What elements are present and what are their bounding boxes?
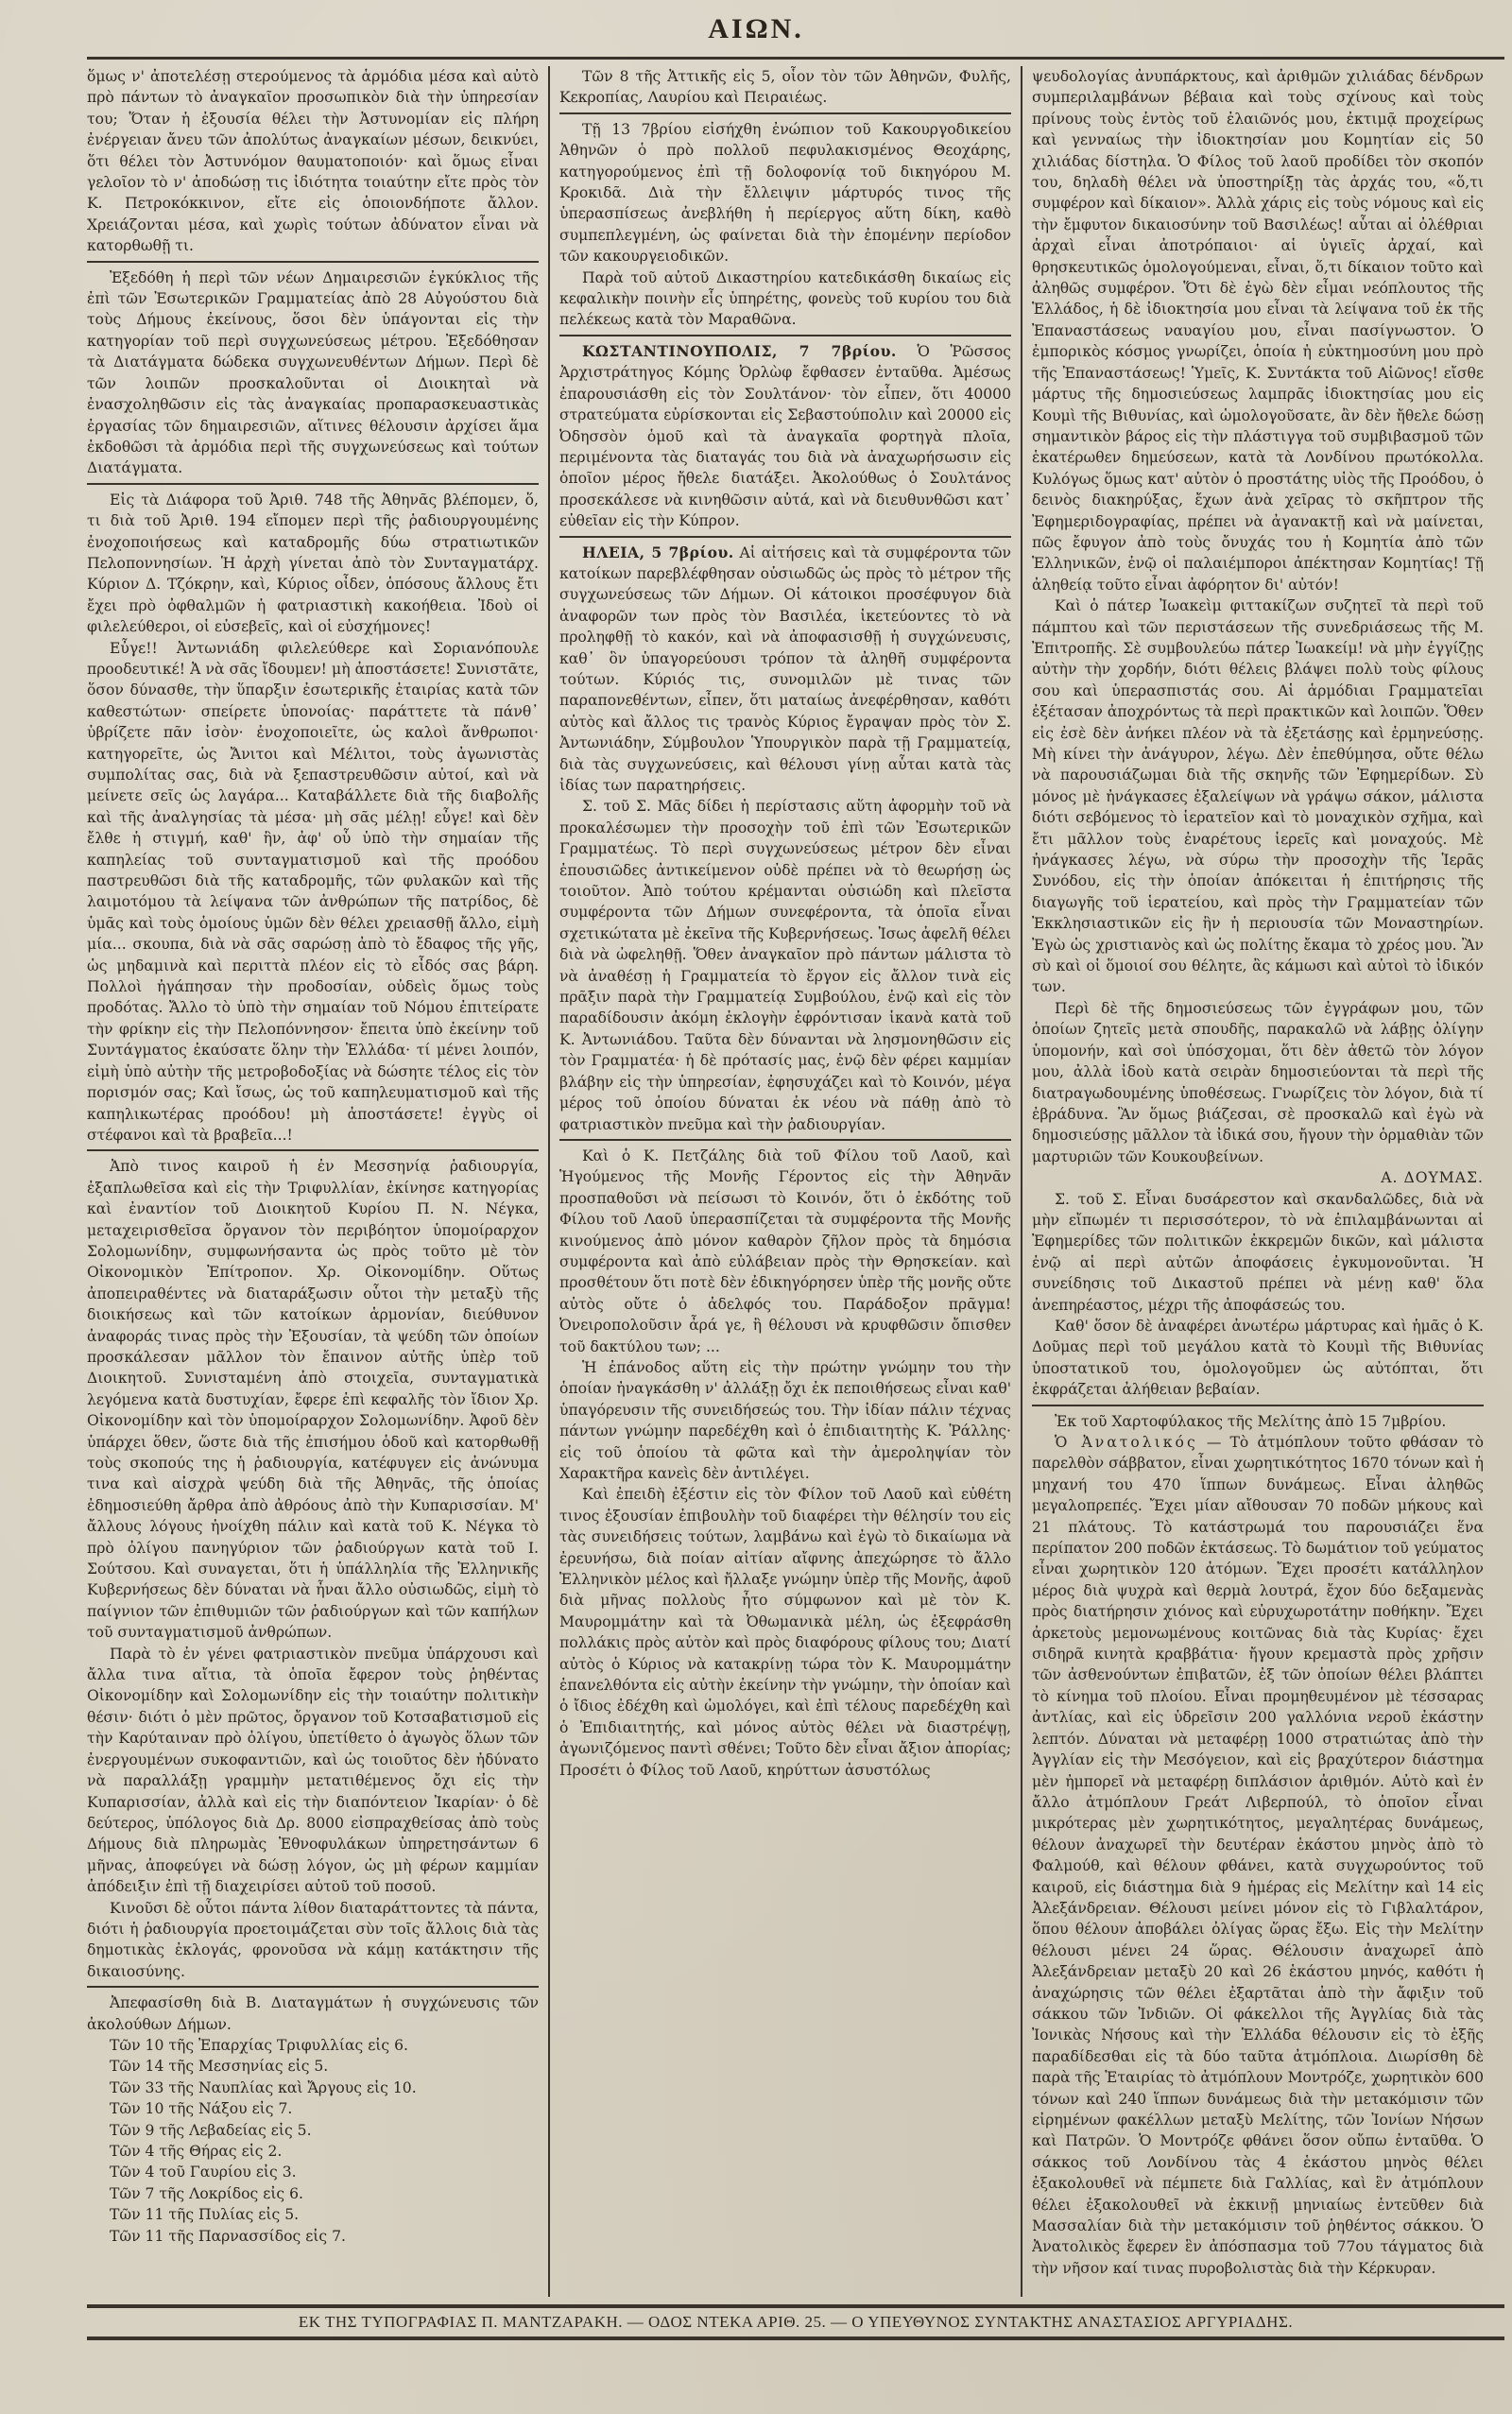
paragraph: Κινοῦσι δὲ οὗτοι πάντα λίθον διαταράττον…	[87, 1898, 539, 1983]
paragraph: Περὶ δὲ τῆς δημοσιεύσεως τῶν ἐγγράφων μο…	[1032, 998, 1484, 1167]
columns: ὅμως ν' ἀποτελέσῃ στερούμενος τὰ ἁρμόδια…	[87, 66, 1504, 2287]
paragraph: Εἰς τὰ Διάφορα τοῦ Ἀριθ. 748 τῆς Ἀθηνᾶς …	[87, 490, 539, 638]
column-3: ψευδολογίας ἀνυπάρκτους, καὶ ἀριθμῶν χιλ…	[1032, 66, 1484, 2287]
imprint-text: ΕΚ ΤΗΣ ΤΥΠΟΓΡΑΦΙΑΣ Π. ΜΑΝΤΖΑΡΑΚΗ. — ΟΔΟΣ…	[87, 2313, 1504, 2332]
article-editor-note: Σ. τοῦ Σ. Εἶναι δυσάρεστον καὶ σκανδαλῶδ…	[1032, 1189, 1484, 1401]
masthead: ΑΙΩΝ.	[0, 0, 1512, 59]
article-divider	[1032, 1405, 1484, 1406]
paragraph: Εὖγε!! Ἀντωνιάδη φιλελεύθερε καὶ Σοριανό…	[87, 638, 539, 1147]
paragraph: Σ. τοῦ Σ. Μᾶς δίδει ἡ περίστασις αὕτη ἀφ…	[559, 796, 1011, 1135]
merger-list-item: Τῶν 11 τῆς Πυλίας εἰς 5.	[87, 2204, 539, 2225]
lead-title: Ὁ Ἀνατολικός	[1055, 1434, 1198, 1451]
merger-list-item: Τῶν 10 τῆς Ἐπαρχίας Τριφυλλίας εἰς 6.	[87, 2035, 539, 2056]
article-constantinople: ΚΩΣΤΑΝΤΙΝΟΥΠΟΛΙΣ, 7 7βρίου. Ὁ Ῥῶσσος Ἀρχ…	[559, 341, 1011, 532]
article-divider	[87, 261, 539, 263]
paragraph: Καὶ ὁ Κ. Πετζάλης διὰ τοῦ Φίλου τοῦ Λαοῦ…	[559, 1146, 1011, 1357]
paragraph: Ἐκ τοῦ Χαρτοφύλακος τῆς Μελίτης ἀπὸ 15 7…	[1032, 1411, 1484, 1432]
paragraph: Ἡ ἐπάνοδος αὕτη εἰς τὴν πρώτην γνώμην το…	[559, 1357, 1011, 1484]
article-criminal-court: Τῇ 13 7βρίου εἰσήχθη ἐνώπιον τοῦ Κακουργ…	[559, 119, 1011, 331]
column-divider	[548, 66, 550, 2297]
article-petzalis-monastery: Καὶ ὁ Κ. Πετζάλης διὰ τοῦ Φίλου τοῦ Λαοῦ…	[559, 1146, 1011, 1781]
newspaper-title: ΑΙΩΝ.	[0, 13, 1512, 45]
article-attica-mergers: Τῶν 8 τῆς Ἀττικῆς εἰς 5, οἷον τὸν τῶν Ἀθ…	[559, 66, 1011, 109]
paragraph: Σ. τοῦ Σ. Εἶναι δυσάρεστον καὶ σκανδαλῶδ…	[1032, 1189, 1484, 1316]
paragraph: Ἐξεδόθη ἡ περὶ τῶν νέων Δημαιρεσιῶν ἐγκύ…	[87, 267, 539, 479]
paragraph: ΗΛΕΙΑ, 5 7βρίου. Αἱ αἰτήσεις καὶ τὰ συμφ…	[559, 543, 1011, 797]
article-doumas-letter: ψευδολογίας ἀνυπάρκτους, καὶ ἀριθμῶν χιλ…	[1032, 66, 1484, 1189]
article-divider	[87, 1149, 539, 1151]
paragraph: Ὁ Ἀνατολικός — Τὸ ἀτμόπλουν τοῦτο φθάσαν…	[1032, 1432, 1484, 2279]
article-municipal-elections: Ἐξεδόθη ἡ περὶ τῶν νέων Δημαιρεσιῶν ἐγκύ…	[87, 267, 539, 479]
masthead-rule	[87, 57, 1504, 60]
column-1: ὅμως ν' ἀποτελέσῃ στερούμενος τὰ ἁρμόδια…	[87, 66, 539, 2287]
paragraph-body: Αἱ αἰτήσεις καὶ τὰ συμφέροντα τῶν κατοίκ…	[559, 544, 1011, 794]
imprint-footer: ΕΚ ΤΗΣ ΤΥΠΟΓΡΑΦΙΑΣ Π. ΜΑΝΤΖΑΡΑΚΗ. — ΟΔΟΣ…	[87, 2304, 1504, 2342]
merger-list-item: Τῶν 33 τῆς Ναυπλίας καὶ Ἄργους εἰς 10.	[87, 2078, 539, 2098]
article-municipality-mergers: Ἀπεφασίσθη διὰ Β. Διαταγμάτων ἡ συγχώνευ…	[87, 1992, 539, 2247]
dateline: ΚΩΣΤΑΝΤΙΝΟΥΠΟΛΙΣ, 7 7βρίου.	[582, 342, 897, 360]
paragraph: Καὶ ἐπειδὴ ἐξέστιν εἰς τὸν Φίλον τοῦ Λαο…	[559, 1484, 1011, 1781]
paragraph-body: Ὁ Ῥῶσσος Ἀρχιστράτηγος Κόμης Ὀρλὼφ ἔφθασ…	[559, 343, 1011, 529]
merger-list-item: Τῶν 4 τοῦ Γαυρίου εἰς 3.	[87, 2162, 539, 2182]
paragraph: Τῇ 13 7βρίου εἰσήχθη ἐνώπιον τοῦ Κακουργ…	[559, 119, 1011, 267]
column-divider	[1021, 66, 1022, 2297]
paragraph: Παρὰ τὸ ἐν γένει φατριαστικὸν πνεῦμα ὑπά…	[87, 1644, 539, 1898]
article-divider	[87, 483, 539, 485]
column-2: Τῶν 8 τῆς Ἀττικῆς εἰς 5, οἷον τὸν τῶν Ἀθ…	[559, 66, 1011, 2287]
merger-list-item: Τῶν 10 τῆς Νάξου εἰς 7.	[87, 2098, 539, 2119]
paragraph: Τῶν 8 τῆς Ἀττικῆς εἰς 5, οἷον τὸν τῶν Ἀθ…	[559, 66, 1011, 109]
newspaper-page: ΑΙΩΝ. ὅμως ν' ἀποτελέσῃ στερούμενος τὰ ἁ…	[0, 0, 1512, 2414]
paragraph-body: — Τὸ ἀτμόπλουν τοῦτο φθάσαν τὸ παρελθὸν …	[1032, 1434, 1484, 2277]
author-signature: Α. ΔΟΥΜΑΣ.	[1032, 1167, 1484, 1188]
article-divider	[87, 1986, 539, 1988]
article-divider	[559, 1139, 1011, 1141]
article-messinia-intrigue: Ἀπὸ τινος καιροῦ ἡ ἐν Μεσσηνίᾳ ῥαδιουργί…	[87, 1156, 539, 1982]
merger-list-item: Τῶν 7 τῆς Λοκρίδος εἰς 6.	[87, 2183, 539, 2204]
merger-list-item: Τῶν 14 τῆς Μεσσηνίας εἰς 5.	[87, 2056, 539, 2077]
paragraph: ὅμως ν' ἀποτελέσῃ στερούμενος τὰ ἁρμόδια…	[87, 66, 539, 257]
footer-rule	[87, 2336, 1504, 2340]
article-divider	[559, 335, 1011, 336]
paragraph: Ἀπὸ τινος καιροῦ ἡ ἐν Μεσσηνίᾳ ῥαδιουργί…	[87, 1156, 539, 1643]
paragraph: Παρὰ τοῦ αὐτοῦ Δικαστηρίου κατεδικάσθη δ…	[559, 267, 1011, 331]
article-athena-diafora: Εἰς τὰ Διάφορα τοῦ Ἀριθ. 748 τῆς Ἀθηνᾶς …	[87, 490, 539, 1147]
article-police-means: ὅμως ν' ἀποτελέσῃ στερούμενος τὰ ἁρμόδια…	[87, 66, 539, 257]
paragraph: ΚΩΣΤΑΝΤΙΝΟΥΠΟΛΙΣ, 7 7βρίου. Ὁ Ῥῶσσος Ἀρχ…	[559, 341, 1011, 532]
paragraph: ψευδολογίας ἀνυπάρκτους, καὶ ἀριθμῶν χιλ…	[1032, 66, 1484, 595]
merger-list-item: Τῶν 4 τῆς Θήρας εἰς 2.	[87, 2141, 539, 2162]
merger-list-item: Τῶν 9 τῆς Λεβαδείας εἰς 5.	[87, 2120, 539, 2141]
article-malta-steamship: Ἐκ τοῦ Χαρτοφύλακος τῆς Μελίτης ἀπὸ 15 7…	[1032, 1411, 1484, 2280]
dateline: ΗΛΕΙΑ, 5 7βρίου.	[582, 543, 734, 561]
merger-list-item: Τῶν 11 τῆς Παρνασσίδος εἰς 7.	[87, 2226, 539, 2247]
footer-rule	[87, 2304, 1504, 2308]
paragraph: Καὶ ὁ πάτερ Ἰωακεὶμ φιττακίζων συζητεῖ τ…	[1032, 595, 1484, 998]
article-ileia: ΗΛΕΙΑ, 5 7βρίου. Αἱ αἰτήσεις καὶ τὰ συμφ…	[559, 543, 1011, 1135]
paragraph: Ἀπεφασίσθη διὰ Β. Διαταγμάτων ἡ συγχώνευ…	[87, 1992, 539, 2035]
paragraph: Καθ' ὅσον δὲ ἀναφέρει ἀνωτέρω μάρτυρας κ…	[1032, 1316, 1484, 1401]
article-divider	[559, 112, 1011, 114]
article-divider	[559, 536, 1011, 538]
